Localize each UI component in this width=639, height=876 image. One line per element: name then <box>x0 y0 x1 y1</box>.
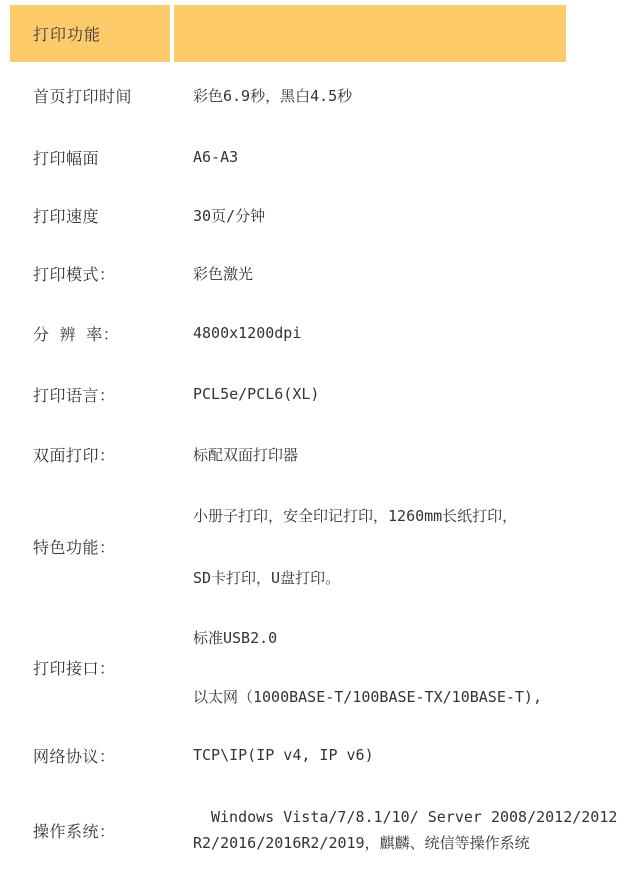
row-special-features: 特色功能： 小册子打印，安全印记打印，1260mm长纸打印， SD卡打印，U盘打… <box>10 484 566 608</box>
printer-spec-table: 打印功能 首页打印时间 彩色6.9秒，黑白4.5秒 打印幅面 A6-A3 打印速… <box>0 0 566 876</box>
row-print-speed: 打印速度 30页/分钟 <box>10 186 566 244</box>
row-resolution: 分 辨 率： 4800x1200dpi <box>10 302 566 364</box>
row-print-interface: 打印接口： 标准USB2.0 以太网（1000BASE-T/100BASE-TX… <box>10 608 566 726</box>
row-label: 双面打印： <box>33 443 193 466</box>
row-value: 彩色激光 <box>193 263 253 284</box>
section-header-empty-cell <box>174 5 566 62</box>
row-label: 网络协议： <box>33 744 193 767</box>
row-label: 打印速度 <box>33 204 193 227</box>
row-duplex-print: 双面打印： 标配双面打印器 <box>10 424 566 484</box>
section-header: 打印功能 <box>10 5 566 62</box>
row-print-mode: 打印模式： 彩色激光 <box>10 244 566 302</box>
row-value: 标配双面打印器 <box>193 444 298 465</box>
row-value-line: Windows Vista/7/8.1/10/ Server 2008/2012… <box>193 804 617 830</box>
row-label: 操作系统： <box>33 819 193 842</box>
row-label: 打印语言： <box>33 383 193 406</box>
row-first-page-print-time: 首页打印时间 彩色6.9秒，黑白4.5秒 <box>10 62 566 128</box>
row-label: 分 辨 率： <box>33 322 193 345</box>
row-value: 4800x1200dpi <box>193 324 301 342</box>
row-print-language: 打印语言： PCL5e/PCL6(XL) <box>10 364 566 424</box>
row-value-line: R2/2016/2016R2/2019，麒麟、统信等操作系统 <box>193 830 617 856</box>
row-value-group: 标准USB2.0 以太网（1000BASE-T/100BASE-TX/10BAS… <box>193 608 542 726</box>
row-value-line: 标准USB2.0 <box>193 608 542 667</box>
row-value: A6-A3 <box>193 148 238 166</box>
row-value-line: 小册子打印，安全印记打印，1260mm长纸打印， <box>193 484 517 546</box>
row-value: 彩色6.9秒，黑白4.5秒 <box>193 85 352 106</box>
row-value-group: 小册子打印，安全印记打印，1260mm长纸打印， SD卡打印，U盘打印。 <box>193 484 517 608</box>
row-label: 打印模式： <box>33 262 193 285</box>
row-value: PCL5e/PCL6(XL) <box>193 385 319 403</box>
section-header-title-cell: 打印功能 <box>10 5 170 62</box>
row-value-group: Windows Vista/7/8.1/10/ Server 2008/2012… <box>193 804 617 856</box>
row-value: TCP\IP(IP v4, IP v6) <box>193 746 374 764</box>
row-label: 特色功能： <box>33 535 193 558</box>
row-network-protocol: 网络协议： TCP\IP(IP v4, IP v6) <box>10 726 566 784</box>
row-value-line: SD卡打印，U盘打印。 <box>193 546 517 608</box>
row-operating-system: 操作系统： Windows Vista/7/8.1/10/ Server 200… <box>10 784 566 876</box>
section-title: 打印功能 <box>33 22 101 45</box>
row-value-line: 以太网（1000BASE-T/100BASE-TX/10BASE-T), <box>193 667 542 726</box>
row-label: 首页打印时间 <box>33 84 193 107</box>
row-label: 打印接口： <box>33 656 193 679</box>
row-label: 打印幅面 <box>33 146 193 169</box>
row-print-size: 打印幅面 A6-A3 <box>10 128 566 186</box>
row-value: 30页/分钟 <box>193 205 265 226</box>
